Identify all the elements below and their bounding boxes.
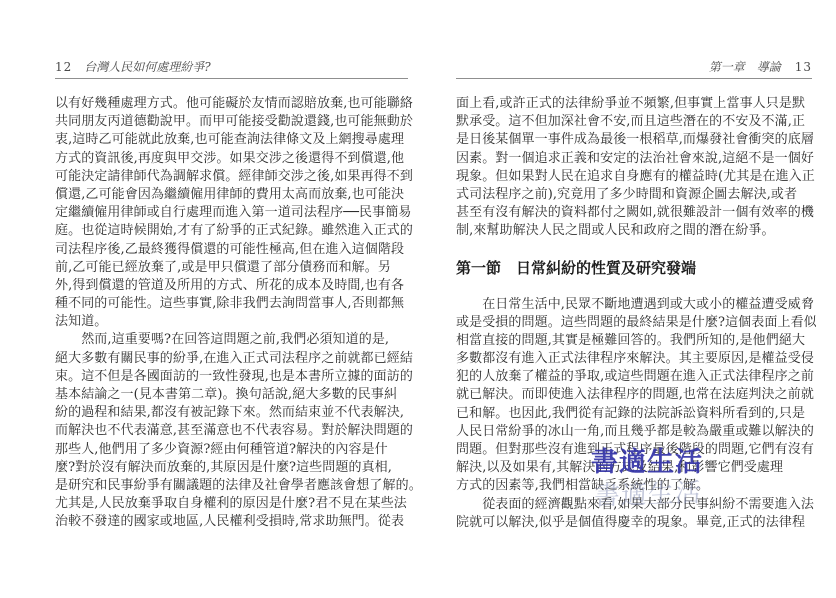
text-line: 庭。也從這時候開始,才有了紛爭的正式紀錄。雖然進入正式的 [55, 222, 408, 240]
right-page-number: 13 [795, 60, 812, 74]
text-line: 償還,乙可能會因為繼續僱用律師的費用太高而放棄,也可能決 [55, 186, 408, 204]
text-line: 絕大多數有關民事的紛爭,在進入正式司法程序之前就都已經結 [55, 350, 408, 368]
text-line: 紛的過程和結果,都沒有被記錄下來。然而結束並不代表解決, [55, 404, 408, 422]
text-line: 種不同的可能性。這些事實,除非我們去詢問當事人,否則都無 [55, 295, 408, 313]
right-page: 第一章 導論 13 面上看,或許正式的法律紛爭並不頻繁,但事實上當事人只是默默承… [456, 0, 812, 598]
text-line: 是日後某個單一事件成為最後一根稻草,而爆發社會衝突的底層 [456, 131, 812, 149]
text-line: 犯的人放棄了權益的爭取,或這些問題在進入正式法律程序之前 [456, 368, 812, 386]
text-line: 解決,以及如果有,其解決的方式及結果,和影響它們受處理 [456, 459, 812, 477]
text-line: 法知道。 [55, 313, 408, 331]
text-line: 問題。但對那些沒有進到正式程序最後階段的問題,它們有沒有 [456, 441, 812, 459]
left-body-text: 以有好幾種處理方式。他可能礙於友情而認賠放棄,也可能聯絡共同朋友丙道德勸說甲。而… [55, 95, 408, 532]
text-line: 而解決也不代表滿意,甚至滿意也不代表容易。對於解決問題的 [55, 422, 408, 440]
text-line: 相當直接的問題,其實是極難回答的。我們所知的,是他們絕大 [456, 332, 812, 350]
text-line: 已和解。也因此,我們從有記錄的法院訴訟資料所看到的,只是 [456, 405, 812, 423]
text-line: 從表面的經濟觀點來看,如果大部分民事糾紛不需要進入法 [456, 496, 812, 514]
text-line: 多數都沒有進入正式法律程序來解決。其主要原因,是權益受侵 [456, 350, 812, 368]
text-line: 治較不發達的國家或地區,人民權利受損時,常求助無門。從表 [55, 513, 408, 531]
right-body-text: 面上看,或許正式的法律紛爭並不頻繁,但事實上當事人只是默默承受。這不但加深社會不… [456, 95, 812, 532]
text-line: 因素。對一個追求正義和安定的法治社會來說,這絕不是一個好 [456, 150, 812, 168]
text-line: 制,來幫助解決人民之間或人民和政府之間的潛在紛爭。 [456, 222, 812, 240]
text-line: 基本結論之一(見本書第二章)。換句話說,絕大多數的民事糾 [55, 386, 408, 404]
left-page-number: 12 [55, 60, 72, 74]
text-line: 以有好幾種處理方式。他可能礙於友情而認賠放棄,也可能聯絡 [55, 95, 408, 113]
text-line: 麼?對於沒有解決而放棄的,其原因是什麼?這些問題的真相, [55, 459, 408, 477]
text-line: 司法程序後,乙最終獲得償還的可能性極高,但在進入這個階段 [55, 241, 408, 259]
right-running-header: 第一章 導論 13 [456, 60, 812, 79]
text-line: 共同朋友丙道德勸說甲。而甲可能接受勸說還錢,也可能無動於 [55, 113, 408, 131]
text-line: 式司法程序之前),究竟用了多少時間和資源企圖去解決,或者 [456, 186, 812, 204]
right-running-title: 第一章 導論 [709, 60, 781, 74]
right-paragraph-b: 在日常生活中,民眾不斷地遭遇到或大或小的權益遭受威脅或是受損的問題。這些問題的最… [456, 296, 812, 532]
text-line: 人民日常紛爭的冰山一角,而且幾乎都是較為嚴重或難以解決的 [456, 423, 812, 441]
text-line: 甚至有沒有解決的資料都付之闕如,就很難設計一個有效率的機 [456, 204, 812, 222]
text-line: 束。這不但是各國面訪的一致性發現,也是本書所立據的面訪的 [55, 368, 408, 386]
text-line: 或是受損的問題。這些問題的最終結果是什麼?這個表面上看似 [456, 314, 812, 332]
text-line: 那些人,他們用了多少資源?經由何種管道?解決的內容是什 [55, 441, 408, 459]
text-line: 方式的因素等,我們相當缺乏系統性的了解。 [456, 477, 812, 495]
right-paragraph-a: 面上看,或許正式的法律紛爭並不頻繁,但事實上當事人只是默默承受。這不但加深社會不… [456, 95, 812, 241]
text-line: 默承受。這不但加深社會不安,而且這些潛在的不安及不滿,正 [456, 113, 812, 131]
text-line: 定繼續僱用律師或自行處理而進入第一道司法程序──民事簡易 [55, 204, 408, 222]
text-line: 面上看,或許正式的法律紛爭並不頻繁,但事實上當事人只是默 [456, 95, 812, 113]
text-line: 然而,這重要嗎?在回答這問題之前,我們必須知道的是, [55, 331, 408, 349]
left-running-title: 台灣人民如何處理紛爭? [84, 60, 210, 74]
text-line: 是研究和民事紛爭有關議題的法律及社會學者應該會想了解的。 [55, 477, 408, 495]
text-line: 現象。但如果對人民在追求自身應有的權益時(尤其是在進入正 [456, 168, 812, 186]
text-line: 外,得到償還的管道及所用的方式、所花的成本及時間,也有各 [55, 277, 408, 295]
book-spread-scan: { "colors": { "paper": "#ffffff", "body_… [0, 0, 836, 598]
text-line: 在日常生活中,民眾不斷地遭遇到或大或小的權益遭受威脅 [456, 296, 812, 314]
text-line: 尤其是,人民放棄爭取自身權利的原因是什麼?君不見在某些法 [55, 495, 408, 513]
text-line: 院就可以解決,似乎是個值得慶幸的現象。畢竟,正式的法律程 [456, 514, 812, 532]
left-running-header: 12 台灣人民如何處理紛爭? [55, 60, 408, 79]
text-line: 方式的資訊後,再度與甲交涉。如果交涉之後還得不到償還,他 [55, 150, 408, 168]
section-heading: 第一節 日常糾紛的性質及研究發端 [456, 258, 812, 278]
text-line: 前,乙可能已經放棄了,或是甲只償還了部分債務而和解。另 [55, 259, 408, 277]
text-line: 可能決定請律師代為調解求償。經律師交涉之後,如果再得不到 [55, 168, 408, 186]
text-line: 衷,這時乙可能就此放棄,也可能查詢法律條文及上網搜尋處理 [55, 131, 408, 149]
left-page: 12 台灣人民如何處理紛爭? 以有好幾種處理方式。他可能礙於友情而認賠放棄,也可… [55, 0, 408, 598]
text-line: 就已解決。而即使進入法律程序的問題,也常在法庭判決之前就 [456, 386, 812, 404]
